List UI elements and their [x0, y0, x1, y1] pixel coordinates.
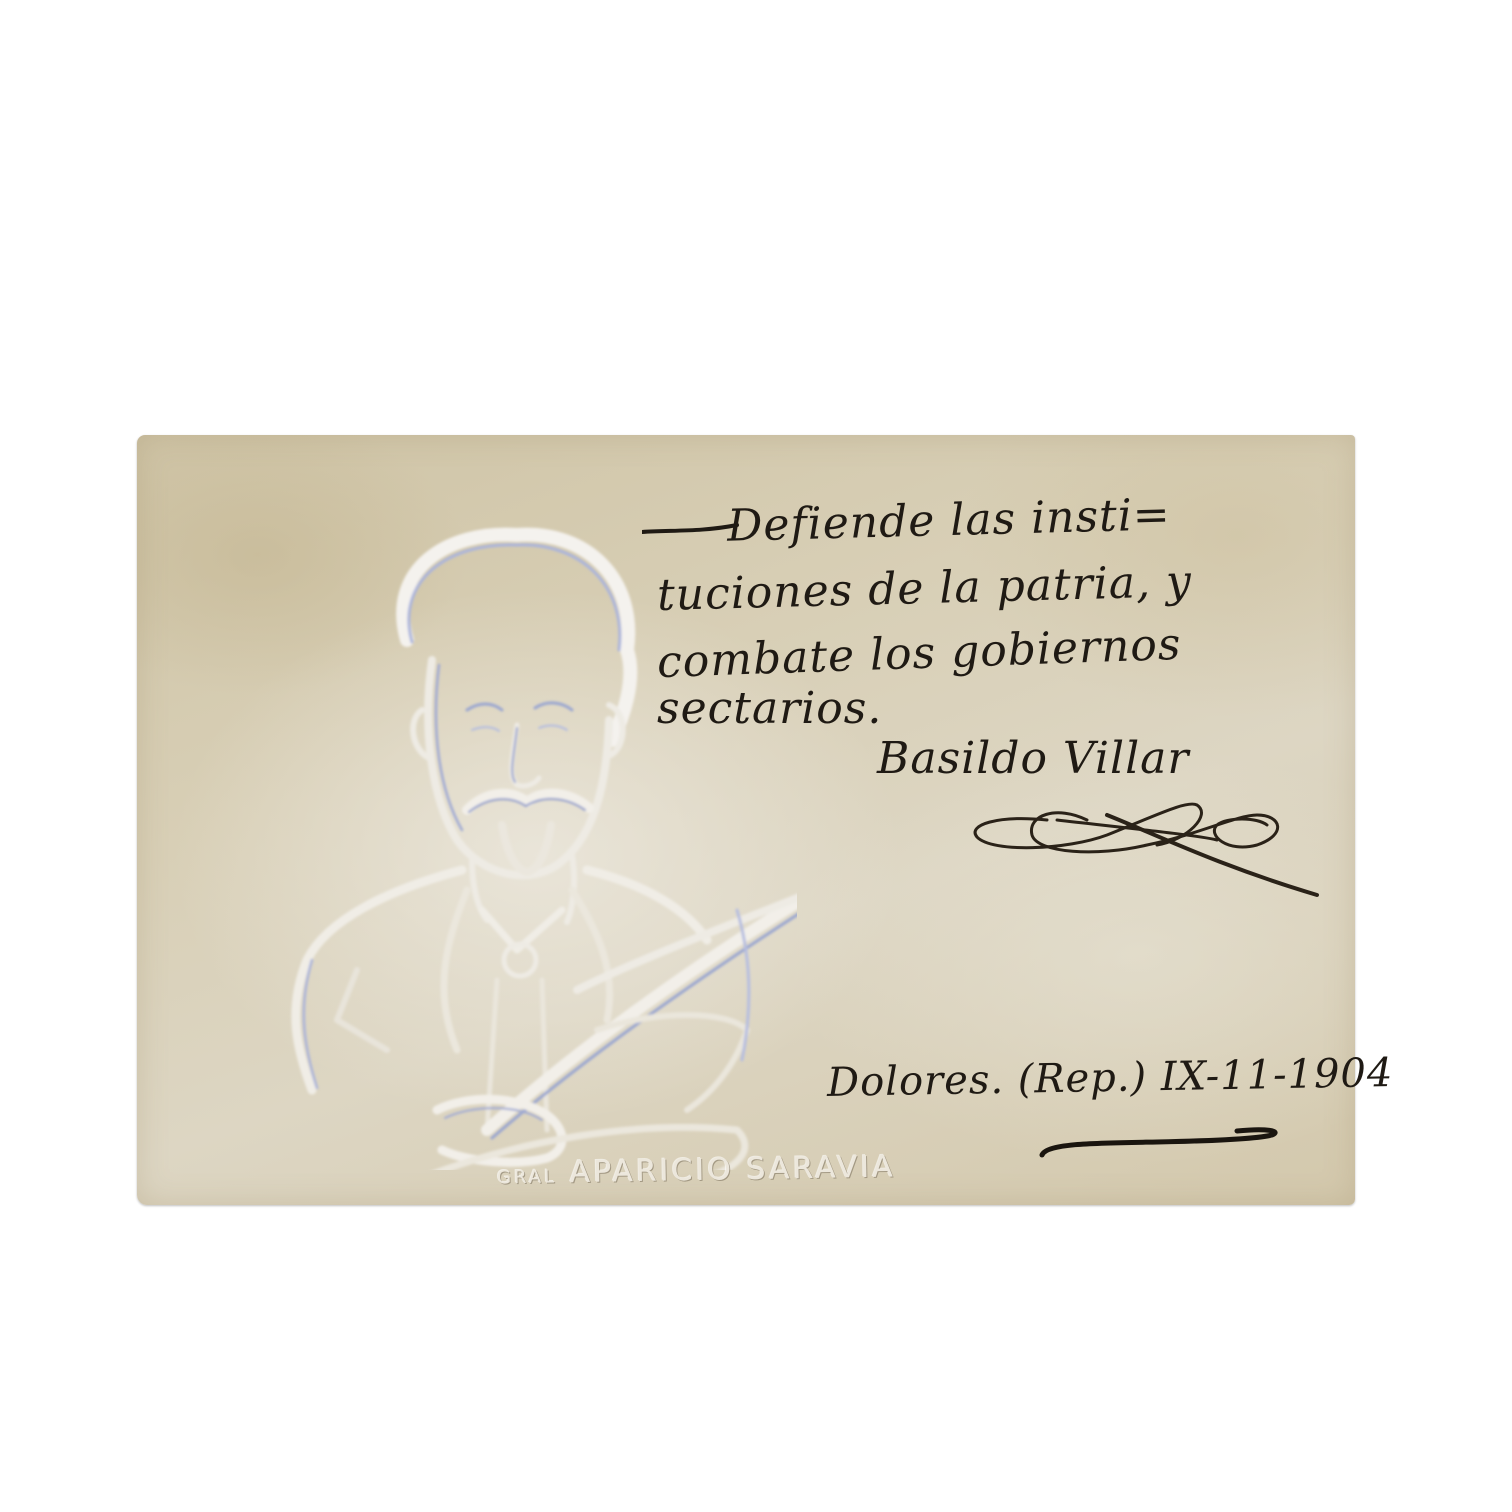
caption-prefix: GRAL — [497, 1166, 557, 1188]
dedication-line-4: sectarios. — [657, 683, 882, 734]
postcard: Defiende las insti= tuciones de la patri… — [137, 435, 1355, 1205]
place-and-date: Dolores. (Rep.) IX-11-1904 — [827, 1050, 1394, 1106]
caption-name: APARICIO SARAVIA — [569, 1150, 896, 1191]
embossed-caption: GRAL APARICIO SARAVIA — [497, 1150, 896, 1192]
signature-flourish — [957, 775, 1337, 905]
date-underline — [1037, 1125, 1297, 1165]
dedication-line-1: Defiende las insti= — [726, 489, 1171, 552]
